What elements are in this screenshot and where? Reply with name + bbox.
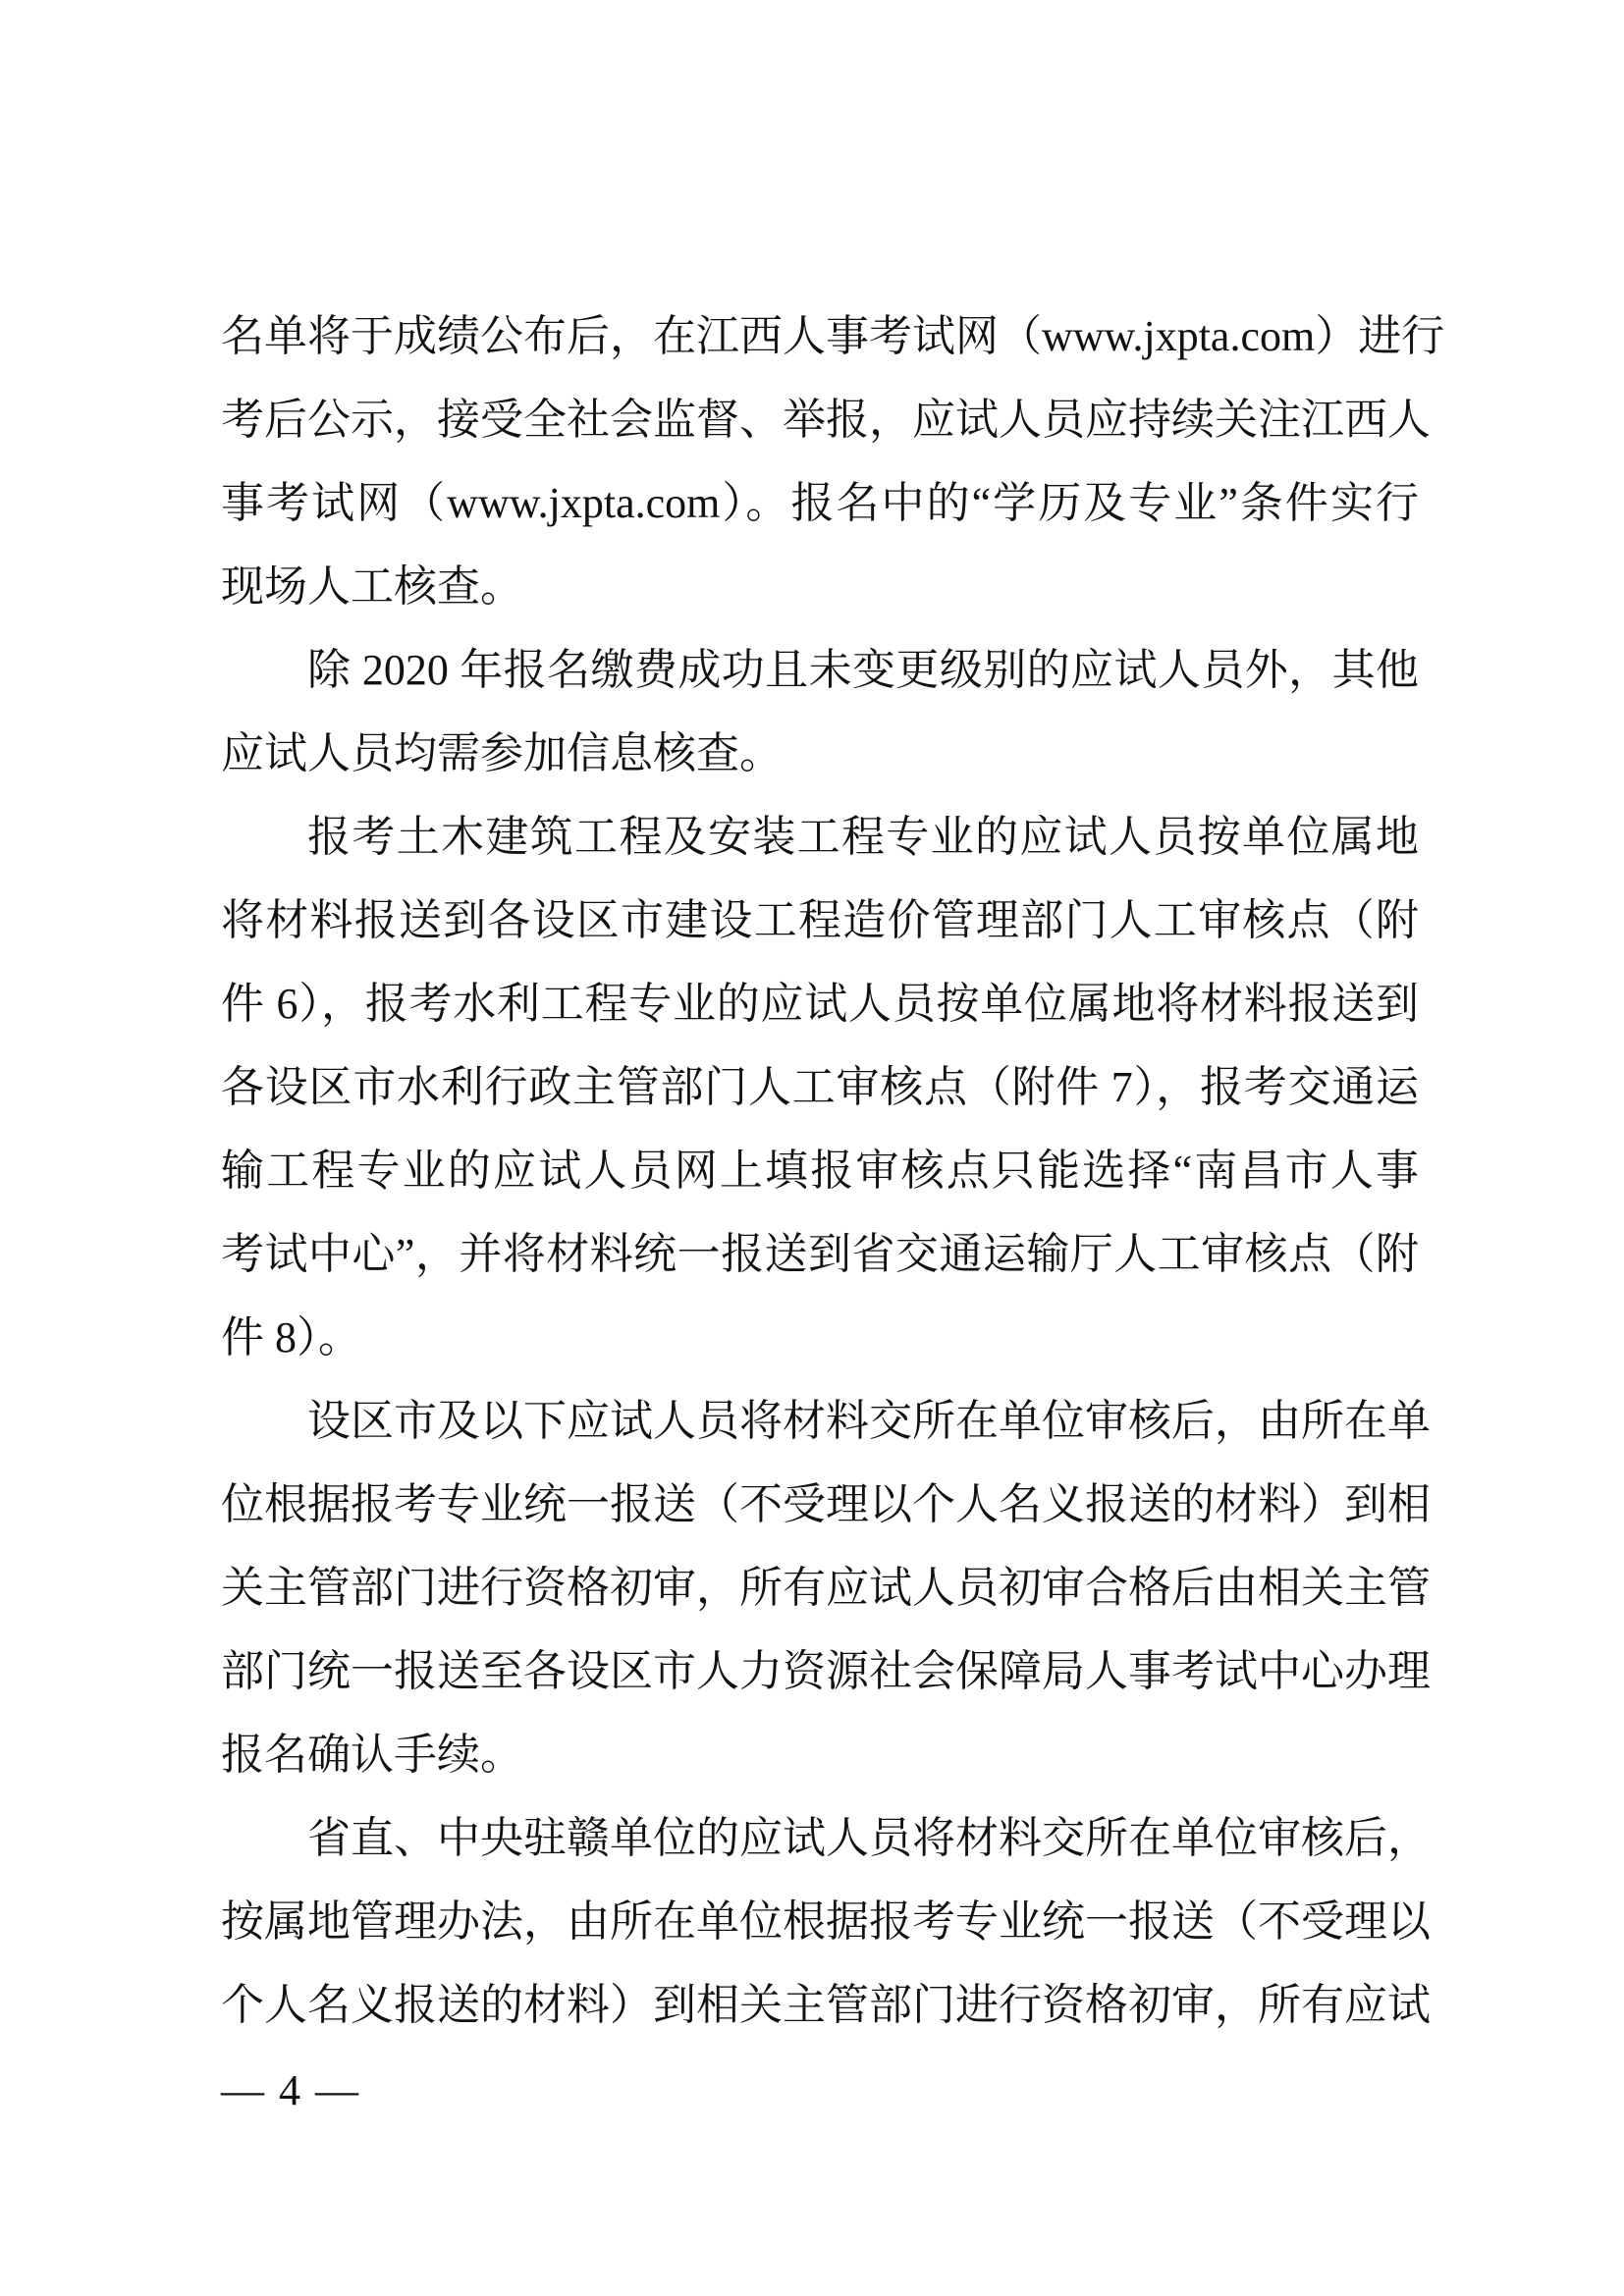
text-line-12: 考试中心”，并将材料统一报送到省交通运输厅人工审核点（附 bbox=[221, 1212, 1419, 1296]
text-line-21: 个人名义报送的材料）到相关主管部门进行资格初审，所有应试 bbox=[221, 1963, 1419, 2047]
text-line-6: 应试人员均需参加信息核查。 bbox=[221, 712, 1419, 795]
text-line-4: 现场人工核查。 bbox=[221, 545, 1419, 628]
page-number: — 4 — bbox=[221, 2061, 360, 2120]
text-line-8: 将材料报送到各设区市建设工程造价管理部门人工审核点（附 bbox=[221, 879, 1419, 962]
text-line-15: 位根据报考专业统一报送（不受理以个人名义报送的材料）到相 bbox=[221, 1463, 1419, 1546]
text-line-11: 输工程专业的应试人员网上填报审核点只能选择“南昌市人事 bbox=[221, 1129, 1419, 1212]
document-page: 名单将于成绩公布后，在江西人事考试网（www.jxpta.com）进行考后公示，… bbox=[0, 0, 1624, 2296]
text-line-10: 各设区市水利行政主管部门人工审核点（附件 7），报考交通运 bbox=[221, 1045, 1419, 1129]
text-line-16: 关主管部门进行资格初审，所有应试人员初审合格后由相关主管 bbox=[221, 1546, 1419, 1629]
text-line-19: 省直、中央驻赣单位的应试人员将材料交所在单位审核后， bbox=[221, 1796, 1419, 1880]
text-line-1: 名单将于成绩公布后，在江西人事考试网（www.jxpta.com）进行 bbox=[221, 294, 1419, 378]
text-line-7: 报考土木建筑工程及安装工程专业的应试人员按单位属地 bbox=[221, 795, 1419, 879]
text-line-18: 报名确认手续。 bbox=[221, 1713, 1419, 1796]
document-body: 名单将于成绩公布后，在江西人事考试网（www.jxpta.com）进行考后公示，… bbox=[221, 294, 1419, 2047]
text-line-14: 设区市及以下应试人员将材料交所在单位审核后，由所在单 bbox=[221, 1379, 1419, 1463]
text-line-5: 除 2020 年报名缴费成功且未变更级别的应试人员外，其他 bbox=[221, 628, 1419, 712]
text-line-9: 件 6），报考水利工程专业的应试人员按单位属地将材料报送到 bbox=[221, 962, 1419, 1045]
text-line-20: 按属地管理办法，由所在单位根据报考专业统一报送（不受理以 bbox=[221, 1880, 1419, 1963]
text-line-3: 事考试网（www.jxpta.com）。报名中的“学历及专业”条件实行 bbox=[221, 461, 1419, 545]
text-line-17: 部门统一报送至各设区市人力资源社会保障局人事考试中心办理 bbox=[221, 1629, 1419, 1713]
text-line-2: 考后公示，接受全社会监督、举报，应试人员应持续关注江西人 bbox=[221, 378, 1419, 461]
text-line-13: 件 8）。 bbox=[221, 1296, 1419, 1379]
